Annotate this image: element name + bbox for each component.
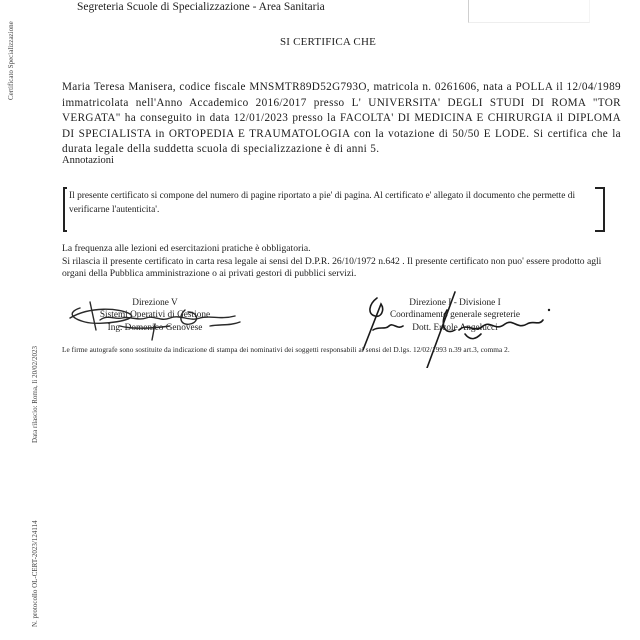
annotations-label: Annotazioni — [62, 155, 114, 166]
annotation-box: Il presente certificato si compone del n… — [63, 187, 605, 232]
note-legal: Si rilascia il presente certificato in c… — [62, 256, 622, 281]
bracket-right — [595, 187, 605, 232]
bracket-left — [63, 187, 67, 232]
sidebar-protocol-number: N. protocollo OL-CERT-2023/124114 — [31, 520, 39, 627]
header-subtitle: Segreteria Scuole di Specializzazione - … — [77, 1, 325, 13]
annotation-text: Il presente certificato si compone del n… — [69, 190, 589, 217]
note-attendance: La frequenza alle lezioni ed esercitazio… — [62, 243, 622, 256]
signature-left-office: Direzione V — [80, 297, 230, 309]
signature-left: Direzione V Sistemi Operativi di Gestion… — [80, 297, 230, 334]
document-title: SI CERTIFICA CHE — [0, 36, 640, 48]
top-right-box — [468, 0, 590, 23]
footnote: Le firme autografe sono sostituite da in… — [62, 345, 510, 354]
certificate-body: Maria Teresa Manisera, codice fiscale MN… — [62, 80, 621, 158]
signature-left-department: Sistemi Operativi di Gestione — [80, 309, 230, 321]
signature-right-department: Coordinamento generale segreterie — [370, 309, 540, 321]
signature-right-name: Dott. Ercole Angelucci — [370, 322, 540, 334]
sidebar-certificate-type: Certificato Specializzazione — [7, 21, 15, 100]
signature-left-name: Ing. Domenico Genovese — [80, 322, 230, 334]
notes: La frequenza alle lezioni ed esercitazio… — [62, 243, 622, 281]
sidebar-issue-date: Data rilascio: Roma, lì 20/02/2023 — [31, 346, 39, 443]
signature-right: Direzione I - Divisione I Coordinamento … — [370, 297, 540, 334]
signature-right-office: Direzione I - Divisione I — [370, 297, 540, 309]
